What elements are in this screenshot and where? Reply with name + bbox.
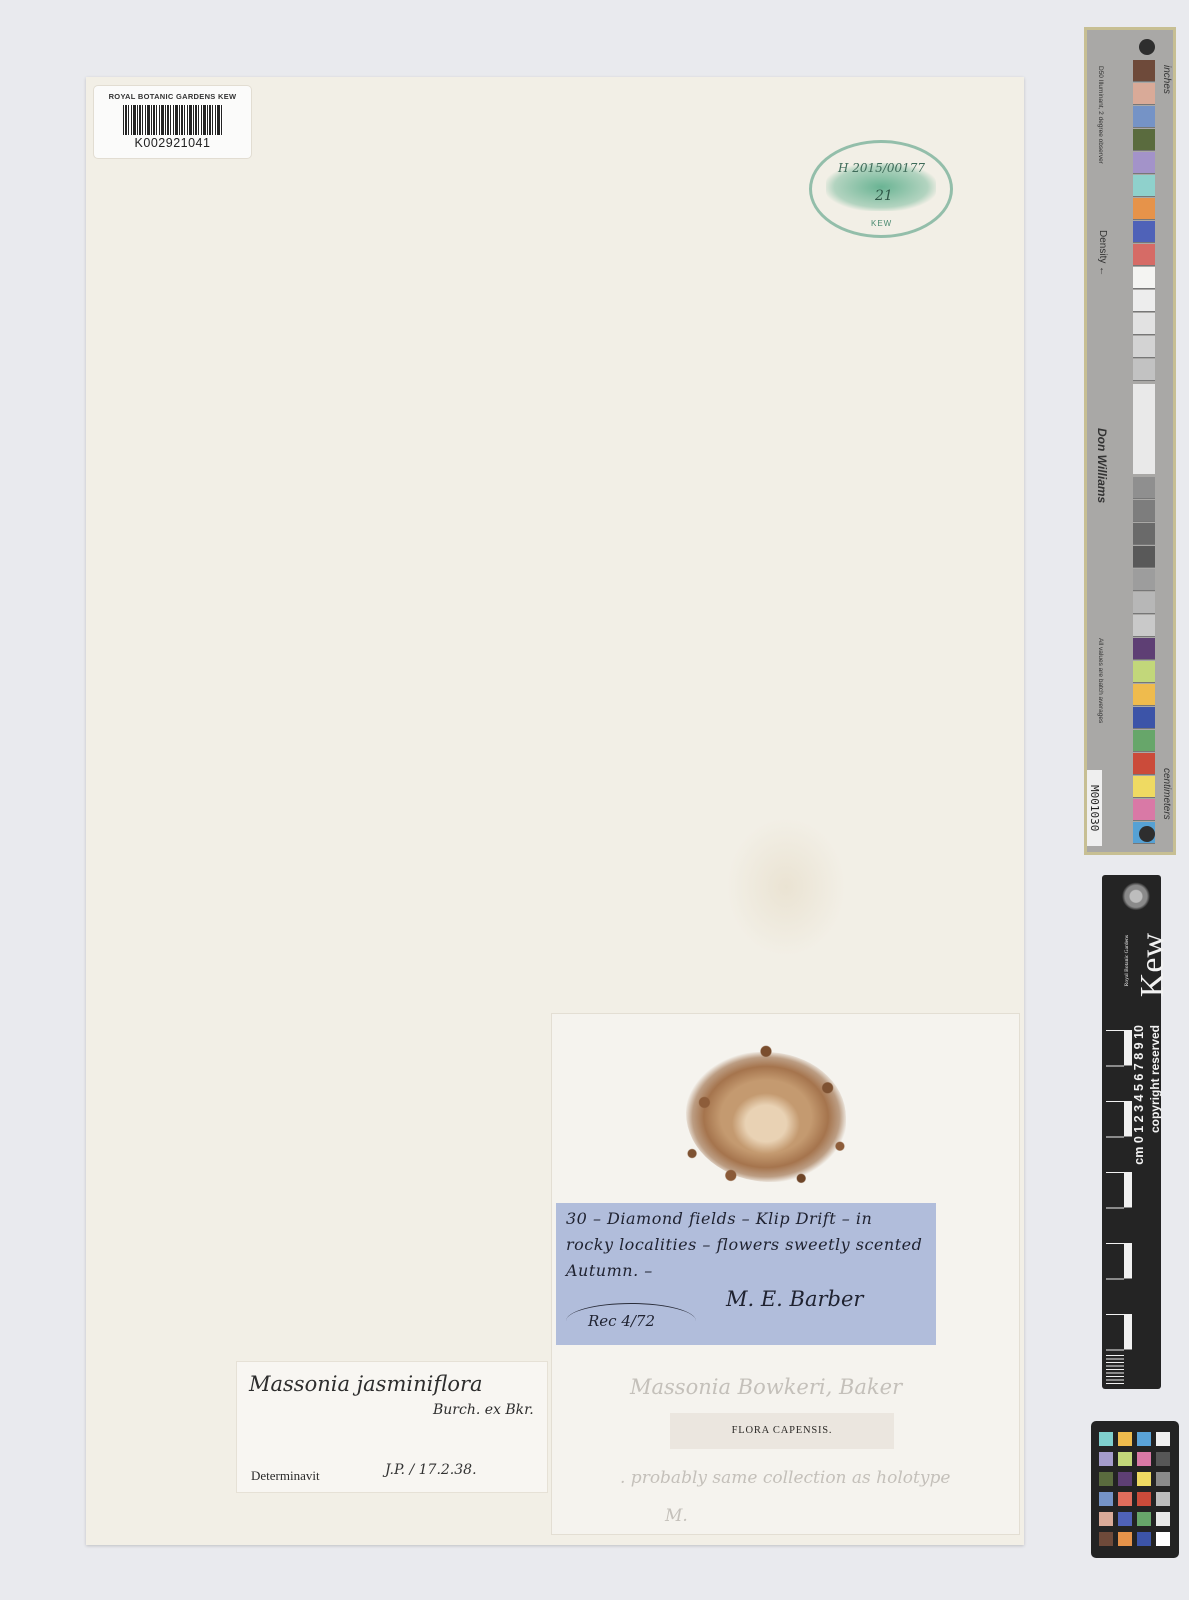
pencil-collection-note: . probably same collection as holotype	[620, 1468, 950, 1488]
color-checker-strip: D50 Illuminant, 2 degree observer Densit…	[1084, 27, 1176, 855]
color-swatch	[1133, 799, 1155, 821]
color-chip	[1099, 1512, 1113, 1526]
color-swatch	[1133, 730, 1155, 752]
color-chip	[1099, 1452, 1113, 1466]
color-swatch	[1133, 661, 1155, 683]
color-chip	[1156, 1492, 1170, 1506]
barcode-label: ROYAL BOTANIC GARDENS KEW K002921041	[94, 86, 251, 158]
average-note: All values are batch averages	[1097, 638, 1104, 723]
pencil-taxon-annotation: Massonia Bowkeri, Baker	[630, 1375, 902, 1399]
color-chip	[1118, 1512, 1132, 1526]
kew-crest-icon	[1120, 881, 1152, 915]
copyright-text: copyright reserved	[1148, 1025, 1162, 1133]
field-label-line-3: Autumn. –	[566, 1261, 653, 1280]
color-swatch	[1133, 546, 1155, 568]
color-chip	[1156, 1432, 1170, 1446]
illuminant-note: D50 Illuminant, 2 degree observer	[1097, 66, 1104, 164]
stamp-footer: KEW	[871, 219, 892, 228]
field-label-line-2: rocky localities – flowers sweetly scent…	[566, 1235, 922, 1254]
color-chip	[1099, 1432, 1113, 1446]
color-swatch	[1133, 129, 1155, 151]
color-swatch	[1133, 198, 1155, 220]
color-swatch	[1133, 83, 1155, 105]
color-chip	[1137, 1432, 1151, 1446]
units-inches: inches	[1161, 65, 1172, 94]
color-chip	[1099, 1472, 1113, 1486]
color-chip	[1118, 1492, 1132, 1506]
color-swatch	[1133, 267, 1155, 289]
color-swatch	[1133, 106, 1155, 128]
color-swatch	[1133, 776, 1155, 798]
color-swatch	[1133, 477, 1155, 499]
color-chip	[1137, 1532, 1151, 1546]
color-chip	[1156, 1532, 1170, 1546]
color-swatch	[1133, 707, 1155, 729]
received-date: Rec 4/72	[566, 1303, 696, 1339]
cm-scale-blocks	[1106, 1030, 1132, 1385]
color-swatch	[1133, 359, 1155, 381]
accession-stamp: H 2015/00177 21 KEW	[809, 140, 953, 238]
color-swatch	[1133, 615, 1155, 637]
stamp-number: 21	[875, 188, 893, 204]
color-chip	[1156, 1452, 1170, 1466]
units-centimeters: centimeters	[1161, 768, 1172, 820]
scale-numbers: cm 0 1 2 3 4 5 6 7 8 9 10	[1132, 1025, 1146, 1165]
color-chip	[1156, 1472, 1170, 1486]
determined-taxon: Massonia jasminiflora	[249, 1372, 483, 1396]
color-swatch	[1133, 60, 1155, 82]
collector-field-label: 30 – Diamond fields – Klip Drift – in ro…	[556, 1203, 936, 1345]
color-swatch	[1133, 638, 1155, 660]
barcode-icon	[123, 105, 223, 135]
taxon-authority: Burch. ex Bkr.	[433, 1402, 534, 1418]
color-chip	[1137, 1512, 1151, 1526]
kew-scale-bar: Royal Botanic Gardens Kew cm 0 1 2 3 4 5…	[1102, 875, 1161, 1389]
color-swatch	[1133, 753, 1155, 775]
accession-number: H 2015/00177	[838, 161, 925, 175]
color-chip	[1156, 1512, 1170, 1526]
color-chip	[1137, 1452, 1151, 1466]
color-swatch	[1133, 175, 1155, 197]
color-swatch	[1133, 290, 1155, 312]
color-swatch	[1133, 592, 1155, 614]
pencil-initial: M.	[665, 1506, 688, 1526]
color-chip	[1137, 1472, 1151, 1486]
field-label-line-1: 30 – Diamond fields – Klip Drift – in	[566, 1209, 872, 1228]
color-swatch	[1133, 500, 1155, 522]
determinavit-label: Determinavit	[251, 1468, 320, 1484]
kew-logo: Kew	[1134, 933, 1172, 997]
color-swatch	[1133, 221, 1155, 243]
collector-signature: M. E. Barber	[726, 1287, 863, 1311]
color-chip	[1099, 1532, 1113, 1546]
checker-id-tag: M001030	[1087, 770, 1102, 846]
color-swatch	[1133, 569, 1155, 591]
flora-capensis-label: FLORA CAPENSIS.	[670, 1413, 894, 1449]
color-swatch	[1133, 244, 1155, 266]
color-chip	[1137, 1492, 1151, 1506]
institution-name: ROYAL BOTANIC GARDENS KEW	[94, 92, 251, 101]
registration-dot-icon	[1139, 39, 1155, 55]
mini-color-chart	[1091, 1421, 1179, 1558]
barcode-number: K002921041	[94, 136, 251, 150]
mm-scale-ticks	[1106, 1355, 1124, 1385]
pressed-flower-specimen	[686, 1052, 846, 1182]
determiner-and-date: J.P. / 17.2.38.	[385, 1462, 477, 1478]
color-chip	[1118, 1532, 1132, 1546]
color-swatches	[1133, 60, 1155, 845]
color-swatch	[1133, 313, 1155, 335]
registration-dot-icon	[1139, 826, 1155, 842]
color-chip	[1118, 1472, 1132, 1486]
brand-label: Don Williams	[1095, 428, 1109, 503]
kew-org-name: Royal Botanic Gardens	[1124, 935, 1130, 986]
color-swatch	[1133, 523, 1155, 545]
color-swatch	[1133, 336, 1155, 358]
color-chip	[1118, 1452, 1132, 1466]
color-swatch	[1133, 152, 1155, 174]
determination-slip: Massonia jasminiflora Burch. ex Bkr. Det…	[237, 1362, 547, 1492]
color-chip	[1099, 1492, 1113, 1506]
gray-target	[1133, 384, 1155, 474]
color-swatch	[1133, 684, 1155, 706]
color-chip	[1118, 1432, 1132, 1446]
density-label: Density ←	[1097, 230, 1108, 276]
